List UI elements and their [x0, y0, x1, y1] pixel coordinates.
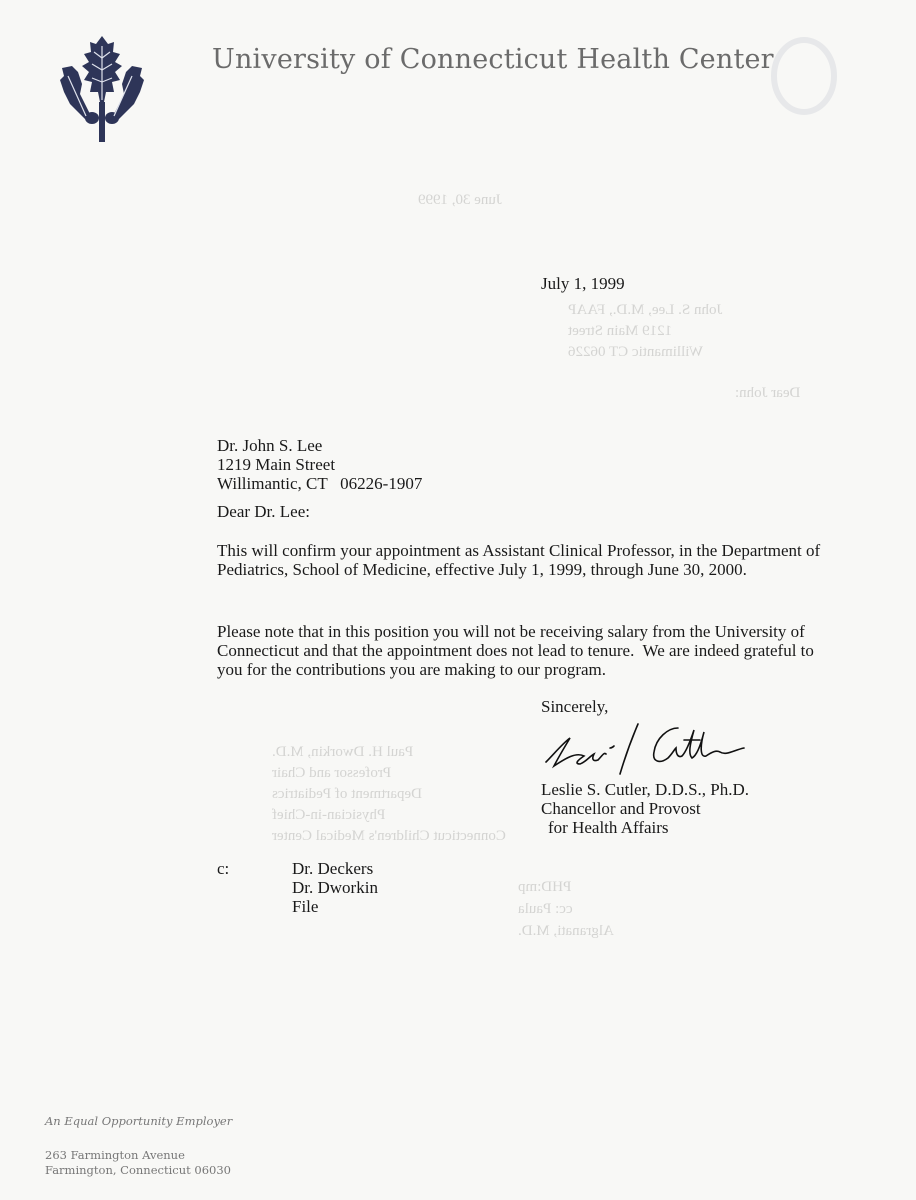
cc-item: Dr. Dworkin — [292, 878, 378, 897]
body-paragraph: Please note that in this position you wi… — [217, 622, 827, 679]
institution-name: University of Connecticut Health Center — [212, 44, 774, 75]
ghost-recipient: John S. Lee, M.D., FAAP 1219 Main Street… — [568, 300, 768, 363]
body-paragraph: This will confirm your appointment as As… — [217, 541, 827, 579]
footer-tagline: An Equal Opportunity Employer — [45, 1114, 232, 1128]
footer-address: 263 Farmington Avenue Farmington, Connec… — [45, 1148, 231, 1178]
signer-block: Leslie S. Cutler, D.D.S., Ph.D. Chancell… — [541, 780, 749, 837]
signer-title-line2: for Health Affairs — [541, 818, 749, 837]
recipient-address: Dr. John S. Lee 1219 Main Street Willima… — [217, 436, 422, 493]
cc-item: Dr. Deckers — [292, 859, 378, 878]
oak-leaf-logo-icon — [50, 32, 154, 148]
signer-title: Chancellor and Provost — [541, 799, 749, 818]
letter-page: June 30, 1999 John S. Lee, M.D., FAAP 12… — [0, 0, 916, 1200]
salutation: Dear Dr. Lee: — [217, 502, 310, 522]
ghost-cc: PHD:mp cc: Paula Algranati, M.D. — [518, 876, 618, 942]
ghost-seal-icon — [768, 36, 840, 126]
footer-street: 263 Farmington Avenue — [45, 1148, 231, 1163]
recipient-city: Willimantic, CT 06226-1907 — [217, 474, 422, 493]
letter-date: July 1, 1999 — [541, 274, 625, 294]
cc-item: File — [292, 897, 378, 916]
footer-city: Farmington, Connecticut 06030 — [45, 1163, 231, 1178]
recipient-street: 1219 Main Street — [217, 455, 422, 474]
cc-list: Dr. Deckers Dr. Dworkin File — [292, 859, 378, 916]
recipient-name: Dr. John S. Lee — [217, 436, 422, 455]
cc-label: c: — [217, 859, 229, 879]
signer-name: Leslie S. Cutler, D.D.S., Ph.D. — [541, 780, 749, 799]
ghost-date: June 30, 1999 — [418, 192, 502, 209]
ghost-signer: Paul H. Dworkin, M.D. Professor and Chai… — [272, 742, 522, 847]
closing: Sincerely, — [541, 697, 608, 717]
ghost-salutation: Dear John: — [735, 385, 800, 402]
handwritten-signature-icon — [540, 718, 750, 778]
